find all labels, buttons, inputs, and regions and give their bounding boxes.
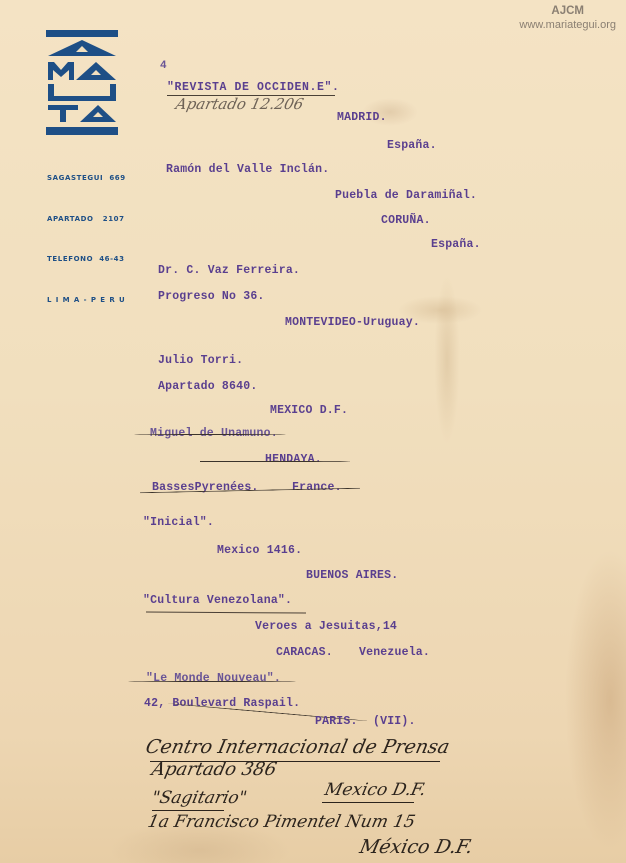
entry-2-address: Puebla de Daramiñal. [335, 189, 477, 202]
handwritten-entry-1-name: Centro Internacional de Prensa [144, 736, 452, 758]
entry-1-handwritten-note: Apartado 12.206 [174, 95, 305, 113]
entry-3-name: Dr. C. Vaz Ferreira. [158, 264, 300, 277]
watermark-title: AJCM [519, 4, 616, 18]
entry-1-name: "REVISTA DE OCCIDEN.E". [167, 81, 340, 94]
letterhead-street: SAGASTEGUI 669 [47, 172, 129, 186]
letterhead-po-box: APARTADO 2107 [47, 213, 129, 227]
entry-8-city: PARIS. [315, 715, 358, 728]
page-number: 4 [160, 60, 167, 72]
watermark: AJCM www.mariategui.org [519, 4, 616, 32]
entry-7-name: "Cultura Venezolana". [143, 594, 292, 607]
entry-1-city: MADRID. [337, 111, 387, 124]
entry-7-address: Veroes a Jesuitas,14 [255, 620, 397, 633]
handwritten-entry-2-underline [152, 810, 224, 811]
entry-3-address: Progreso No 36. [158, 290, 265, 303]
entry-1-country: España. [387, 139, 437, 152]
entry-5-city: HENDAYA. [265, 453, 322, 466]
amauta-logo [46, 30, 118, 136]
handwritten-entry-2-city: México D.F. [358, 836, 475, 858]
handwritten-entry-2-address: 1a Francisco Pimentel Num 15 [146, 812, 417, 832]
letterhead-city: LIMA-PERU [47, 294, 129, 308]
handwritten-entry-1-address: Apartado 386 [150, 759, 279, 780]
entry-8-district: (VII). [373, 715, 416, 728]
entry-2-country: España. [431, 238, 481, 251]
entry-4-name: Julio Torri. [158, 354, 243, 367]
letterhead-address: SAGASTEGUI 669 APARTADO 2107 TELEFONO 46… [47, 145, 129, 321]
handwritten-entry-1-city: Mexico D.F. [323, 780, 428, 800]
entry-4-address: Apartado 8640. [158, 380, 257, 393]
amauta-logo-icon [46, 30, 118, 136]
entry-2-city: CORUÑA. [381, 214, 431, 227]
entry-5-name-strikethrough [134, 434, 286, 435]
entry-3-city: MONTEVIDEO-Uruguay. [285, 316, 420, 329]
entry-5-city-strikethrough [200, 461, 350, 462]
entry-6-name: "Inicial". [143, 516, 214, 529]
watermark-url: www.mariategui.org [519, 18, 616, 32]
entry-7-country: Venezuela. [359, 646, 430, 659]
entry-7-city: CARACAS. [276, 646, 333, 659]
entry-6-city: BUENOS AIRES. [306, 569, 398, 582]
entry-6-address: Mexico 1416. [217, 544, 302, 557]
entry-4-city: MEXICO D.F. [270, 404, 348, 417]
handwritten-entry-2-name: "Sagitario" [150, 788, 249, 808]
entry-8-name-strikethrough [128, 681, 296, 682]
letterhead-phone: TELEFONO 46-43 [47, 253, 129, 267]
entry-8-name: "Le Monde Nouveau". [146, 672, 281, 685]
entry-2-name: Ramón del Valle Inclán. [166, 163, 329, 176]
handwritten-entry-1-city-underline [322, 802, 414, 803]
